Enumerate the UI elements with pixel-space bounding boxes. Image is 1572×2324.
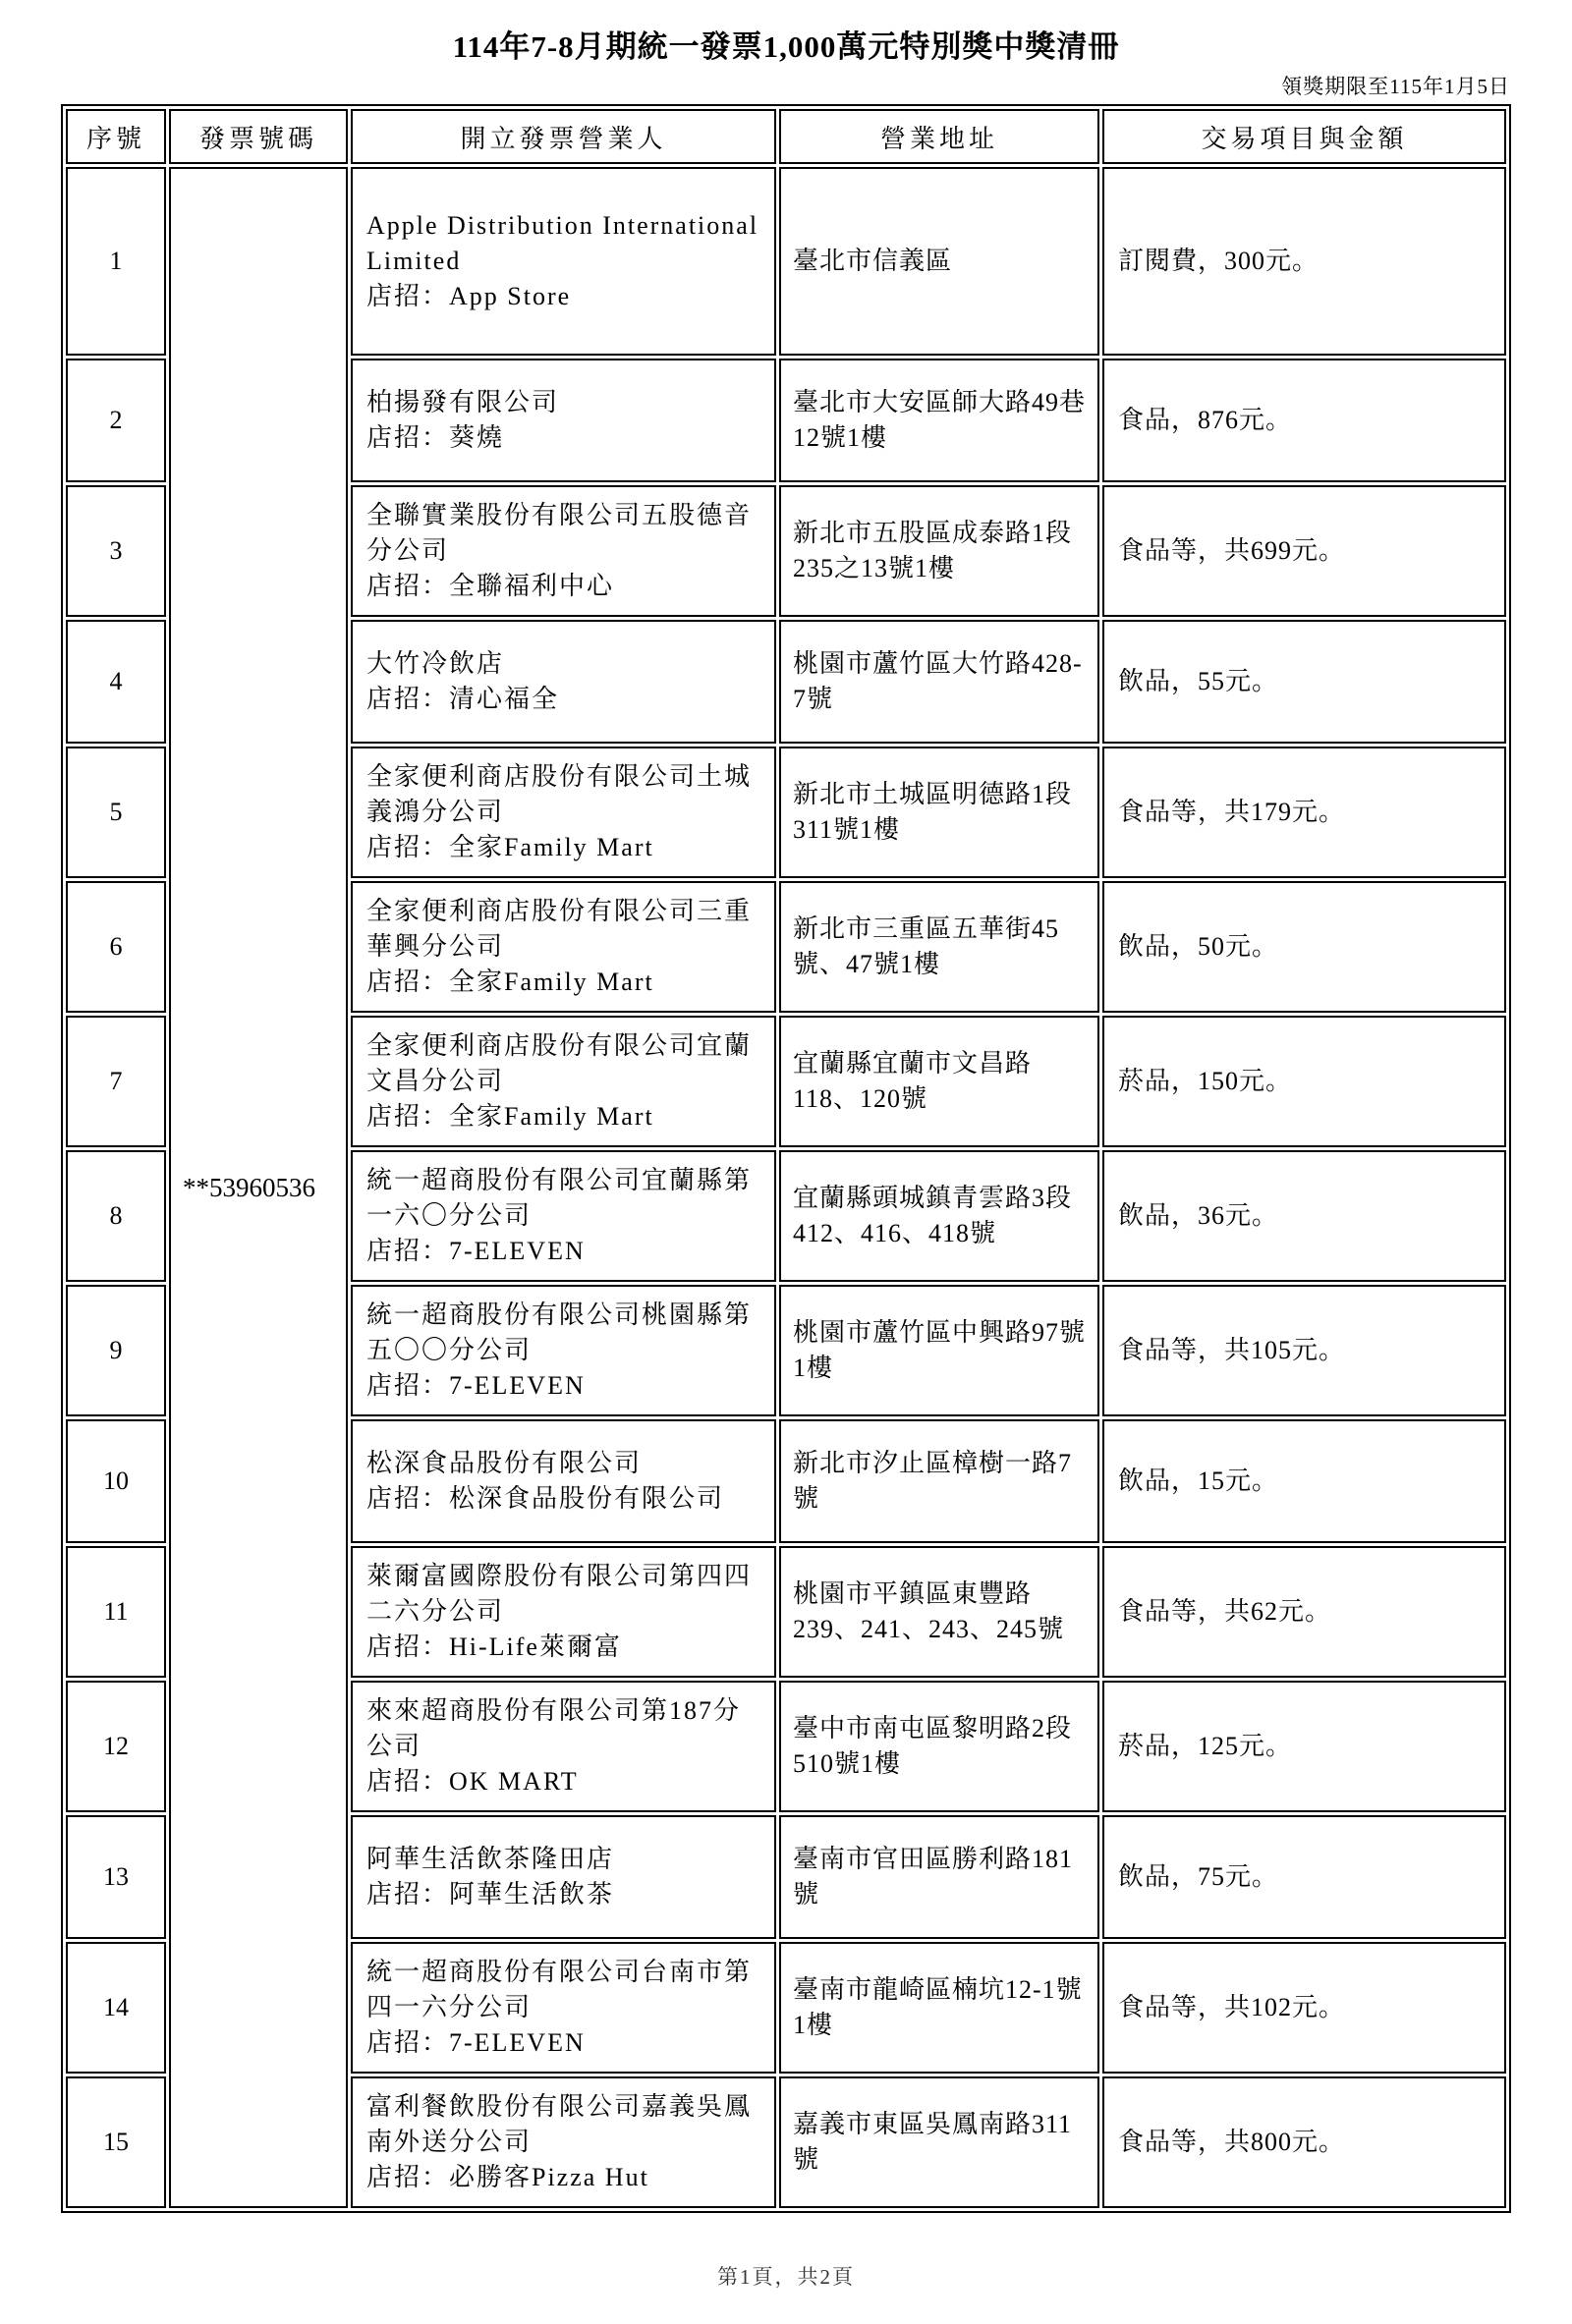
serial-cell: 15 — [66, 2076, 166, 2208]
seller-cell: 統一超商股份有限公司桃園縣第五〇〇分公司 店招：7-ELEVEN — [351, 1285, 776, 1416]
address-cell: 桃園市蘆竹區大竹路428-7號 — [779, 620, 1099, 744]
seller-cell: 來來超商股份有限公司第187分公司 店招：OK MART — [351, 1681, 776, 1812]
address-cell: 新北市三重區五華街45號、47號1樓 — [779, 881, 1099, 1013]
seller-cell: 大竹冷飲店 店招：清心福全 — [351, 620, 776, 744]
seller-name: 富利餐飲股份有限公司嘉義吳鳳南外送分公司 — [366, 2089, 764, 2160]
address-cell: 桃園市平鎮區東豐路239、241、243、245號 — [779, 1546, 1099, 1678]
page-footer: 第1頁，共2頁 — [0, 2261, 1572, 2291]
transaction-cell: 食品等，共699元。 — [1102, 485, 1506, 617]
serial-cell: 9 — [66, 1285, 166, 1416]
transaction-cell: 飲品，50元。 — [1102, 881, 1506, 1013]
address-cell: 臺中市南屯區黎明路2段510號1樓 — [779, 1681, 1099, 1812]
serial-cell: 8 — [66, 1150, 166, 1282]
page-title: 114年7-8月期統一發票1,000萬元特別獎中獎清冊 — [0, 26, 1572, 69]
address-cell: 臺北市大安區師大路49巷12號1樓 — [779, 359, 1099, 482]
serial-cell: 14 — [66, 1942, 166, 2074]
transaction-cell: 食品等，共62元。 — [1102, 1546, 1506, 1678]
address-cell: 臺北市信義區 — [779, 167, 1099, 356]
seller-name: 柏揚發有限公司 — [366, 385, 764, 420]
serial-cell: 4 — [66, 620, 166, 744]
seller-cell: 全聯實業股份有限公司五股德音分公司 店招：全聯福利中心 — [351, 485, 776, 617]
seller-cell: 全家便利商店股份有限公司宜蘭文昌分公司 店招：全家Family Mart — [351, 1016, 776, 1147]
serial-cell: 10 — [66, 1419, 166, 1543]
transaction-cell: 食品等，共179元。 — [1102, 747, 1506, 878]
address-cell: 宜蘭縣宜蘭市文昌路118、120號 — [779, 1016, 1099, 1147]
transaction-cell: 食品等，共105元。 — [1102, 1285, 1506, 1416]
header-row: 序號 發票號碼 開立發票營業人 營業地址 交易項目與金額 — [66, 109, 1506, 164]
store-sign: 店招：清心福全 — [366, 682, 764, 717]
store-sign: 店招：松深食品股份有限公司 — [366, 1481, 764, 1517]
winners-table: 序號 發票號碼 開立發票營業人 營業地址 交易項目與金額 1 **5396053… — [61, 104, 1511, 2213]
address-cell: 新北市土城區明德路1段311號1樓 — [779, 747, 1099, 878]
transaction-cell: 訂閱費，300元。 — [1102, 167, 1506, 356]
store-sign: 店招：7-ELEVEN — [366, 1234, 764, 1269]
seller-name: 全家便利商店股份有限公司三重華興分公司 — [366, 894, 764, 965]
seller-name: 全家便利商店股份有限公司宜蘭文昌分公司 — [366, 1028, 764, 1099]
seller-name: 大竹冷飲店 — [366, 646, 764, 682]
header-transaction: 交易項目與金額 — [1102, 109, 1506, 164]
deadline-note: 領獎期限至115年1月5日 — [62, 71, 1510, 100]
store-sign: 店招：OK MART — [366, 1764, 764, 1799]
seller-name: 全家便利商店股份有限公司土城義鴻分公司 — [366, 759, 764, 830]
serial-cell: 7 — [66, 1016, 166, 1147]
seller-cell: 全家便利商店股份有限公司土城義鴻分公司 店招：全家Family Mart — [351, 747, 776, 878]
transaction-cell: 菸品，125元。 — [1102, 1681, 1506, 1812]
address-cell: 嘉義市東區吳鳳南路311號 — [779, 2076, 1099, 2208]
store-sign: 店招：全家Family Mart — [366, 965, 764, 1000]
transaction-cell: 食品，876元。 — [1102, 359, 1506, 482]
seller-name: 松深食品股份有限公司 — [366, 1446, 764, 1481]
seller-cell: 富利餐飲股份有限公司嘉義吳鳳南外送分公司 店招：必勝客Pizza Hut — [351, 2076, 776, 2208]
seller-name: 統一超商股份有限公司宜蘭縣第一六〇分公司 — [366, 1163, 764, 1234]
address-cell: 宜蘭縣頭城鎮青雲路3段412、416、418號 — [779, 1150, 1099, 1282]
seller-name: 統一超商股份有限公司桃園縣第五〇〇分公司 — [366, 1298, 764, 1368]
seller-cell: 阿華生活飲茶隆田店 店招：阿華生活飲茶 — [351, 1815, 776, 1939]
header-seller: 開立發票營業人 — [351, 109, 776, 164]
address-cell: 臺南市官田區勝利路181號 — [779, 1815, 1099, 1939]
transaction-cell: 飲品，15元。 — [1102, 1419, 1506, 1543]
seller-cell: 統一超商股份有限公司台南市第四一六分公司 店招：7-ELEVEN — [351, 1942, 776, 2074]
transaction-cell: 菸品，150元。 — [1102, 1016, 1506, 1147]
serial-cell: 11 — [66, 1546, 166, 1678]
table-row: 1 **53960536 Apple Distribution Internat… — [66, 167, 1506, 356]
document-page: 114年7-8月期統一發票1,000萬元特別獎中獎清冊 領獎期限至115年1月5… — [0, 0, 1572, 2324]
serial-cell: 13 — [66, 1815, 166, 1939]
serial-cell: 3 — [66, 485, 166, 617]
store-sign: 店招：全家Family Mart — [366, 830, 764, 865]
seller-name: Apple Distribution International Limited — [366, 208, 764, 279]
store-sign: 店招：App Store — [366, 279, 764, 314]
seller-cell: 全家便利商店股份有限公司三重華興分公司 店招：全家Family Mart — [351, 881, 776, 1013]
transaction-cell: 飲品，55元。 — [1102, 620, 1506, 744]
seller-name: 來來超商股份有限公司第187分公司 — [366, 1693, 764, 1764]
serial-cell: 5 — [66, 747, 166, 878]
address-cell: 新北市汐止區樟樹一路7號 — [779, 1419, 1099, 1543]
store-sign: 店招：必勝客Pizza Hut — [366, 2160, 764, 2195]
store-sign: 店招：7-ELEVEN — [366, 2025, 764, 2061]
seller-name: 萊爾富國際股份有限公司第四四二六分公司 — [366, 1559, 764, 1630]
header-invoice-number: 發票號碼 — [169, 109, 348, 164]
serial-cell: 6 — [66, 881, 166, 1013]
transaction-cell: 食品等，共800元。 — [1102, 2076, 1506, 2208]
seller-cell: 松深食品股份有限公司 店招：松深食品股份有限公司 — [351, 1419, 776, 1543]
serial-cell: 12 — [66, 1681, 166, 1812]
transaction-cell: 飲品，36元。 — [1102, 1150, 1506, 1282]
serial-cell: 1 — [66, 167, 166, 356]
transaction-cell: 飲品，75元。 — [1102, 1815, 1506, 1939]
transaction-cell: 食品等，共102元。 — [1102, 1942, 1506, 2074]
store-sign: 店招：阿華生活飲茶 — [366, 1877, 764, 1912]
seller-name: 阿華生活飲茶隆田店 — [366, 1842, 764, 1877]
address-cell: 臺南市龍崎區楠坑12-1號1樓 — [779, 1942, 1099, 2074]
store-sign: 店招：全家Family Mart — [366, 1099, 764, 1134]
header-address: 營業地址 — [779, 109, 1099, 164]
seller-cell: 萊爾富國際股份有限公司第四四二六分公司 店招：Hi-Life萊爾富 — [351, 1546, 776, 1678]
header-serial: 序號 — [66, 109, 166, 164]
seller-cell: 統一超商股份有限公司宜蘭縣第一六〇分公司 店招：7-ELEVEN — [351, 1150, 776, 1282]
store-sign: 店招：全聯福利中心 — [366, 569, 764, 604]
seller-name: 統一超商股份有限公司台南市第四一六分公司 — [366, 1955, 764, 2025]
seller-cell: 柏揚發有限公司 店招：葵燒 — [351, 359, 776, 482]
store-sign: 店招：葵燒 — [366, 420, 764, 456]
address-cell: 新北市五股區成泰路1段235之13號1樓 — [779, 485, 1099, 617]
store-sign: 店招：Hi-Life萊爾富 — [366, 1630, 764, 1665]
invoice-number-cell: **53960536 — [169, 167, 348, 2208]
serial-cell: 2 — [66, 359, 166, 482]
seller-name: 全聯實業股份有限公司五股德音分公司 — [366, 498, 764, 569]
store-sign: 店招：7-ELEVEN — [366, 1368, 764, 1404]
seller-cell: Apple Distribution International Limited… — [351, 167, 776, 356]
address-cell: 桃園市蘆竹區中興路97號1樓 — [779, 1285, 1099, 1416]
